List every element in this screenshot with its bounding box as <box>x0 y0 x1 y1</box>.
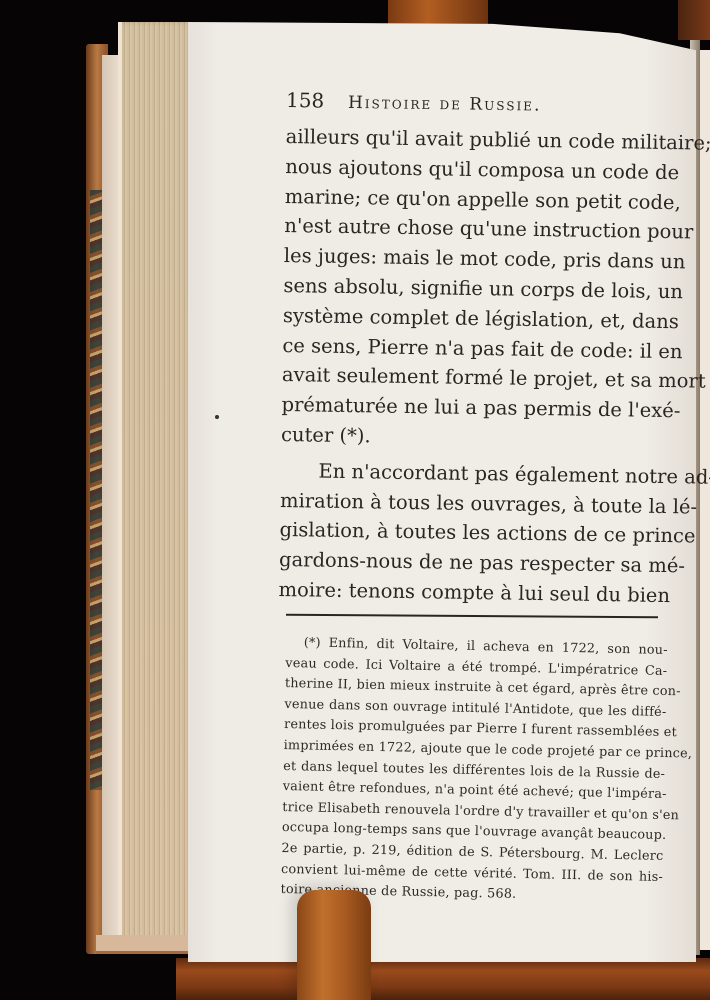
wooden-stand-back-right <box>678 0 710 40</box>
text-line: moire: tenons compte à lui seul du bien <box>278 575 660 611</box>
body-paragraph-1: ailleurs qu'il avait publié un code mili… <box>278 122 668 611</box>
wooden-stand-base <box>176 958 710 1000</box>
ink-spot <box>215 415 219 419</box>
page-number: 158 <box>286 88 348 113</box>
footnote: (*) Enfin, dit Voltaire, il acheva en 17… <box>280 633 668 909</box>
footnote-rule <box>286 613 658 618</box>
running-head: 158 Histoire de Russie. <box>286 88 668 127</box>
facing-page-edge <box>700 50 710 950</box>
text-line: cuter (*). <box>281 420 663 456</box>
page-block-edges <box>118 22 192 940</box>
page-text: 158 Histoire de Russie. ailleurs qu'il a… <box>286 88 668 900</box>
running-title: Histoire de Russie. <box>348 93 542 116</box>
wooden-stand-peg <box>297 890 371 1000</box>
